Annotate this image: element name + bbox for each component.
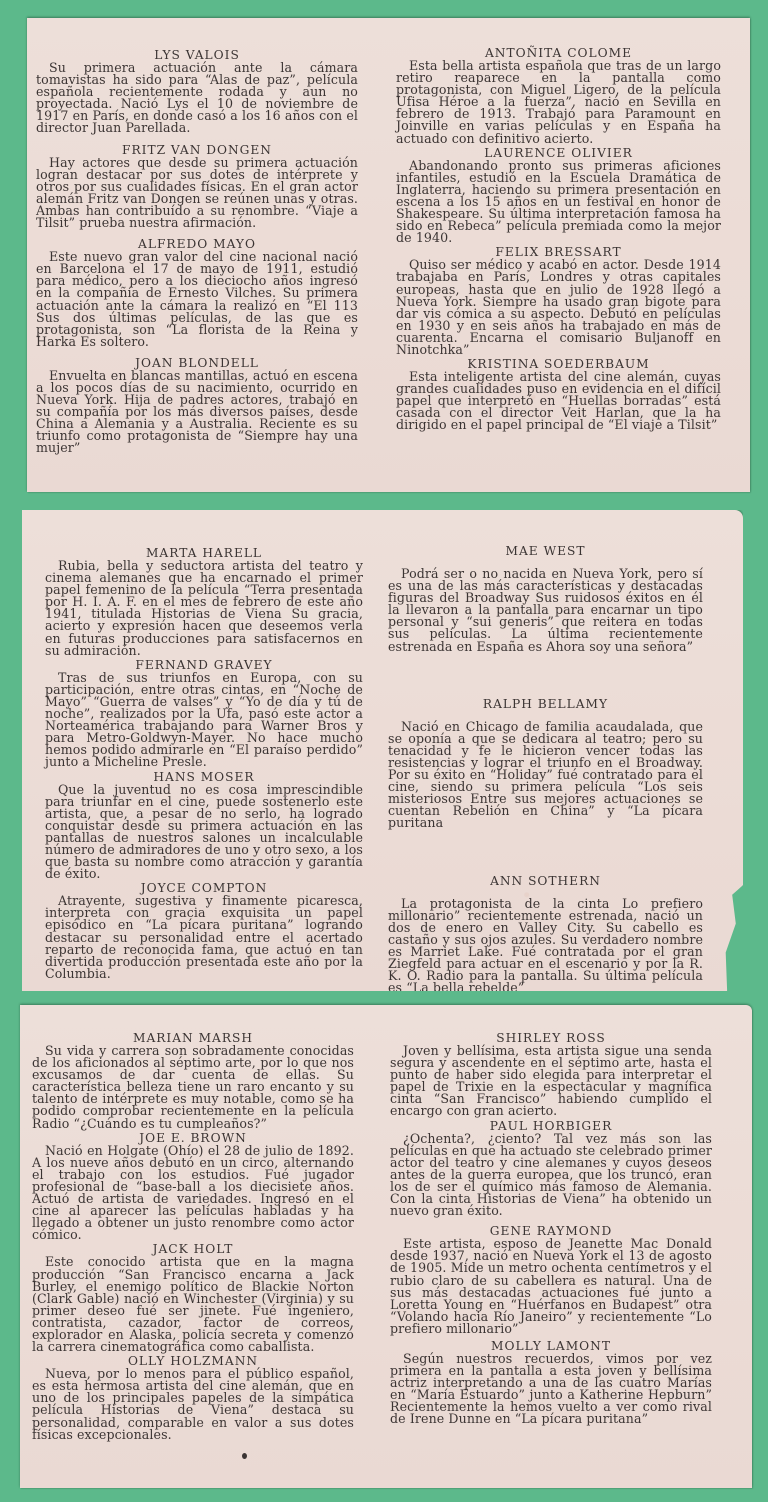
- bio-entry: PAUL HORBIGER ¿Ochenta?, ¿ciento? Tal ve…: [390, 1119, 712, 1218]
- bio-entry: MAE WEST Podrá ser o no nacida en Nueva …: [388, 544, 703, 653]
- actor-bio: Tras de sus triunfos en Europa, con su p…: [45, 672, 363, 769]
- actor-bio: Nueva, por lo menos para el público espa…: [32, 1368, 354, 1441]
- card-1-left-column: LYS VALOIS Su primera actuación ante la …: [36, 48, 358, 463]
- actor-bio: La protagonista de la cinta Lo prefiero …: [388, 898, 703, 995]
- actor-bio: Su vida y carrera son sobradamente conoc…: [32, 1045, 354, 1130]
- bio-entry: HANS MOSER Que la juventud no es cosa im…: [45, 770, 363, 881]
- bio-entry: ANTOÑITA COLOME Esta bella artista españ…: [396, 46, 721, 145]
- ink-dot-ornament: [242, 1453, 247, 1459]
- actor-name: RALPH BELLAMY: [388, 697, 703, 711]
- card-3-right-column: SHIRLEY ROSS Joven y bellísima, esta art…: [390, 1031, 712, 1427]
- actor-bio: Su primera actuación ante la cámara toma…: [36, 62, 358, 135]
- actor-bio: Podrá ser o no nacida en Nueva York, per…: [388, 568, 703, 653]
- bio-entry: SHIRLEY ROSS Joven y bellísima, esta art…: [390, 1031, 712, 1118]
- actor-bio: Que la juventud no es cosa imprescindibl…: [45, 784, 363, 881]
- bio-entry: ALFREDO MAYO Este nuevo gran valor del c…: [36, 237, 358, 348]
- trading-card-3: MARIAN MARSH Su vida y carrera son sobra…: [20, 1005, 752, 1488]
- actor-bio: Nació en Chicago de familia acaudalada, …: [388, 721, 703, 830]
- bio-entry: JOAN BLONDELL Envuelta en blancas mantil…: [36, 356, 358, 455]
- actor-bio: Rubia, bella y seductora artista del tea…: [45, 560, 363, 657]
- bio-entry: JOE E. BROWN Nació en Holgate (Ohío) el …: [32, 1131, 354, 1242]
- actor-bio: Esta bella artista española que tras de …: [396, 60, 721, 145]
- actor-bio: Joven y bellísima, esta artista sigue un…: [390, 1045, 712, 1118]
- bio-entry: FERNAND GRAVEY Tras de sus triunfos en E…: [45, 658, 363, 769]
- actor-bio: Esta inteligente artista del cine alemán…: [396, 371, 721, 431]
- bio-entry: MARTA HARELL Rubia, bella y seductora ar…: [45, 546, 363, 657]
- bio-entry: GENE RAYMOND Este artista, esposo de Jea…: [390, 1224, 712, 1335]
- card-2-left-column: MARTA HARELL Rubia, bella y seductora ar…: [45, 546, 363, 981]
- bio-entry: RALPH BELLAMY Nació en Chicago de famili…: [388, 697, 703, 830]
- bio-entry: MOLLY LAMONT Según nuestros recuerdos, v…: [390, 1339, 712, 1426]
- actor-bio: Este conocido artista que en la magna pr…: [32, 1256, 354, 1353]
- bio-entry: KRISTINA SOEDERBAUM Esta inteligente art…: [396, 357, 721, 431]
- card-3-left-column: MARIAN MARSH Su vida y carrera son sobra…: [32, 1031, 354, 1442]
- bio-entry: ANN SOTHERN La protagonista de la cinta …: [388, 874, 703, 995]
- card-1-right-column: ANTOÑITA COLOME Esta bella artista españ…: [396, 46, 721, 433]
- actor-bio: Este artista, esposo de Jeanette Mac Don…: [390, 1238, 712, 1335]
- actor-bio: Este nuevo gran valor del cine nacional …: [36, 251, 358, 348]
- actor-bio: Quiso ser médico y acabó en actor. Desde…: [396, 259, 721, 356]
- bio-entry: JOYCE COMPTON Atrayente, sugestiva y fin…: [45, 881, 363, 980]
- trading-card-1: LYS VALOIS Su primera actuación ante la …: [27, 18, 750, 492]
- actor-name: MAE WEST: [388, 544, 703, 558]
- bio-entry: JACK HOLT Este conocido artista que en l…: [32, 1242, 354, 1353]
- bio-entry: MARIAN MARSH Su vida y carrera son sobra…: [32, 1031, 354, 1130]
- actor-bio: Nació en Holgate (Ohío) el 28 de julio d…: [32, 1145, 354, 1242]
- bio-entry: OLLY HOLZMANN Nueva, por lo menos para e…: [32, 1354, 354, 1441]
- card-2-right-column: MAE WEST Podrá ser o no nacida en Nueva …: [388, 544, 703, 1038]
- actor-bio: Según nuestros recuerdos, vimos por vez …: [390, 1353, 712, 1426]
- actor-bio: Envuelta en blancas mantillas, actuó en …: [36, 370, 358, 455]
- bio-entry: FELIX BRESSART Quiso ser médico y acabó …: [396, 245, 721, 356]
- trading-card-2: MARTA HARELL Rubia, bella y seductora ar…: [22, 510, 743, 991]
- bio-entry: LAURENCE OLIVIER Abandonando pronto sus …: [396, 146, 721, 245]
- actor-bio: Hay actores que desde su primera actuaci…: [36, 157, 358, 230]
- actor-bio: Atrayente, sugestiva y finamente picares…: [45, 895, 363, 980]
- actor-bio: ¿Ochenta?, ¿ciento? Tal vez más son las …: [390, 1133, 712, 1218]
- actor-name: ANN SOTHERN: [388, 874, 703, 888]
- actor-bio: Abandonando pronto sus primeras aficione…: [396, 160, 721, 245]
- bio-entry: LYS VALOIS Su primera actuación ante la …: [36, 48, 358, 135]
- bio-entry: FRITZ VAN DONGEN Hay actores que desde s…: [36, 143, 358, 230]
